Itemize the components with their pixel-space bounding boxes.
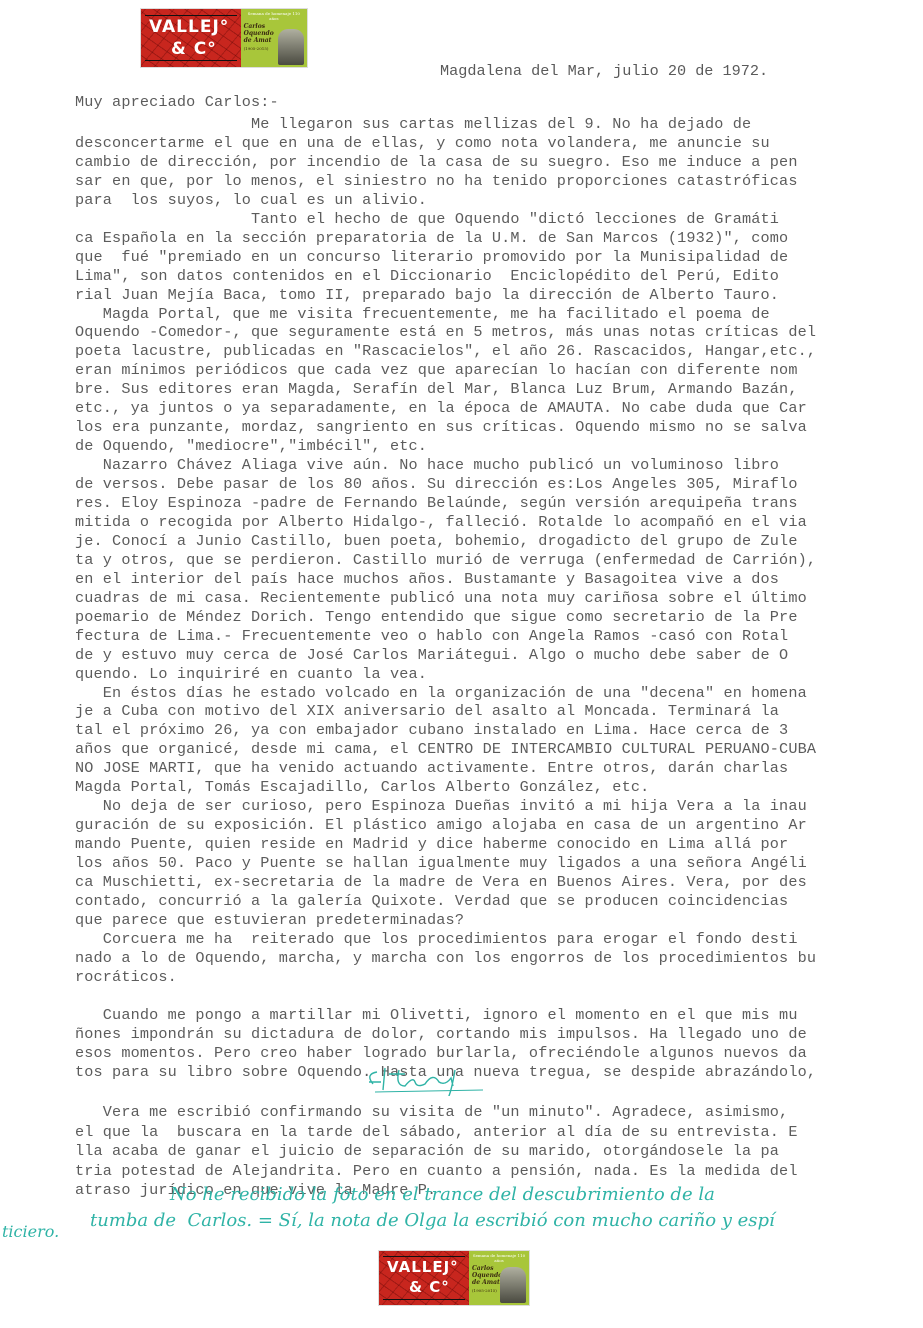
typed-line: poeta lacustre, publicadas en "Rascaciel… [75, 341, 816, 361]
typed-line: esos momentos. Pero creo haber logrado b… [75, 1043, 807, 1063]
logo-title-line1: VALLEJ° [387, 1258, 459, 1276]
logo-title-line2: & C° [409, 1278, 450, 1296]
typed-line: Tanto el hecho de que Oquendo "dictó lec… [75, 209, 779, 229]
logo-red-panel: VALLEJ° & C° [379, 1251, 469, 1305]
typed-line: ñones impondrán su dictadura de dolor, c… [75, 1024, 807, 1044]
logo-tagline: Semana de homenaje 110 años [472, 1253, 526, 1263]
typed-line: tria potestad de Alejandrita. Pero en cu… [75, 1161, 798, 1181]
typed-line: mitida o recogida por Alberto Hidalgo-, … [75, 512, 807, 532]
portrait-photo [500, 1267, 526, 1303]
logo-green-panel: Semana de homenaje 110 años Carlos Oquen… [241, 9, 307, 67]
typed-line: Me llegaron sus cartas mellizas del 9. N… [75, 114, 751, 134]
typed-line: eran mínimos periódicos que cada vez que… [75, 360, 798, 380]
typed-line: de y estuvo muy cerca de José Carlos Mar… [75, 645, 788, 665]
typed-line: Corcuera me ha reiterado que los procedi… [75, 929, 798, 949]
typed-line: Magda Portal, que me visita frecuentemen… [75, 304, 770, 324]
typed-line: rocráticos. [75, 967, 177, 987]
typed-line: cambio de dirección, por incendio de la … [75, 152, 798, 172]
typed-line: res. Eloy Espinoza -padre de Fernando Be… [75, 493, 798, 513]
logo-green-panel: Semana de homenaje 110 años Carlos Oquen… [469, 1251, 529, 1305]
logo-rule [383, 1256, 465, 1257]
typed-line: ca Muschietti, ex-secretaria de la madre… [75, 872, 807, 892]
salutation: Muy apreciado Carlos:- [75, 92, 279, 112]
portrait-photo [278, 29, 304, 65]
logo-rule [145, 15, 237, 16]
typed-line: sar en que, por lo menos, el siniestro n… [75, 171, 798, 191]
logo-rule [383, 1299, 465, 1300]
handwritten-signature [355, 1064, 485, 1096]
typed-line: para los suyos, lo cual es un alivio. [75, 190, 427, 210]
logo-rule [145, 60, 237, 61]
typed-line: que fué "premiado en un concurso literar… [75, 247, 788, 267]
handwritten-note-line3: ticiero. [2, 1222, 59, 1241]
typed-line: lla acaba de ganar el juicio de separaci… [75, 1141, 779, 1161]
typed-line: ta y otros, que se perdieron. Castillo m… [75, 550, 816, 570]
vallejo-co-logo-bottom: VALLEJ° & C° Semana de homenaje 110 años… [378, 1250, 530, 1306]
typed-line: No deja de ser curioso, pero Espinoza Du… [75, 796, 807, 816]
typed-line: Nazarro Chávez Aliaga vive aún. No hace … [75, 455, 779, 475]
logo-red-panel: VALLEJ° & C° [141, 9, 241, 67]
typed-line: cuadras de mi casa. Recientemente public… [75, 588, 807, 608]
typed-line: los años 50. Paco y Puente se hallan igu… [75, 853, 807, 873]
typed-line: desconcertarme el que en una de ellas, y… [75, 133, 770, 153]
typed-line: En éstos días he estado volcado en la or… [75, 683, 807, 703]
typed-line: je. Conocí a Junio Castillo, buen poeta,… [75, 531, 798, 551]
typed-line: que parece que estuvieran predeterminada… [75, 910, 464, 930]
typed-line: fectura de Lima.- Frecuentemente veo o h… [75, 626, 788, 646]
typed-line: Lima", son datos contenidos en el Diccio… [75, 266, 779, 286]
logo-tagline: Semana de homenaje 110 años [244, 11, 304, 21]
typed-line: nado a lo de Oquendo, marcha, y marcha c… [75, 948, 816, 968]
typed-line: NO JOSE MARTI, que ha venido actuando ac… [75, 758, 788, 778]
typed-line: Vera me escribió confirmando su visita d… [75, 1102, 788, 1122]
typed-line: el que la buscara en la tarde del sábado… [75, 1122, 798, 1142]
typed-line: años que organicé, desde mi cama, el CEN… [75, 739, 816, 759]
place-date: Magdalena del Mar, julio 20 de 1972. [440, 62, 768, 80]
handwritten-note-line2: tumba de Carlos. = Sí, la nota de Olga l… [90, 1210, 775, 1231]
typed-line: quendo. Lo inquiriré en cuanto la vea. [75, 664, 427, 684]
typed-line: de versos. Debe pasar de los 80 años. Su… [75, 474, 798, 494]
typed-line: Magda Portal, Tomás Escajadillo, Carlos … [75, 777, 649, 797]
typed-line: contado, concurrió a la galería Quixote.… [75, 891, 788, 911]
logo-title-line2: & C° [171, 39, 217, 59]
typed-line: en el interior del país hace muchos años… [75, 569, 779, 589]
typed-line: Oquendo -Comedor-, que seguramente está … [75, 322, 816, 342]
typed-line: mando Puente, quien reside en Madrid y d… [75, 834, 788, 854]
typed-line: poemario de Méndez Dorich. Tengo entendi… [75, 607, 798, 627]
typed-line: je a Cuba con motivo del XIX aniversario… [75, 701, 779, 721]
typed-line: Cuando me pongo a martillar mi Olivetti,… [75, 1005, 798, 1025]
typed-line: guración de su exposición. El plástico a… [75, 815, 807, 835]
handwritten-note-line1: No he recibido la foto en el trance del … [170, 1184, 715, 1205]
typed-line: bre. Sus editores eran Magda, Serafín de… [75, 379, 798, 399]
typed-line: rial Juan Mejía Baca, tomo II, preparado… [75, 285, 779, 305]
vallejo-co-logo-top: VALLEJ° & C° Semana de homenaje 110 años… [140, 8, 308, 68]
typed-line: ca Española en la sección preparatoria d… [75, 228, 788, 248]
logo-honoree-name: Carlos Oquendo de Amat [244, 23, 276, 44]
typed-line: de Oquendo, "mediocre","imbécil", etc. [75, 436, 427, 456]
logo-title-line1: VALLEJ° [149, 17, 229, 37]
typed-line: tal el próximo 26, ya con embajador cuba… [75, 720, 788, 740]
typed-line: etc., ya juntos o ya separadamente, en l… [75, 398, 807, 418]
typed-line: los era punzante, mordaz, sangriento en … [75, 417, 807, 437]
